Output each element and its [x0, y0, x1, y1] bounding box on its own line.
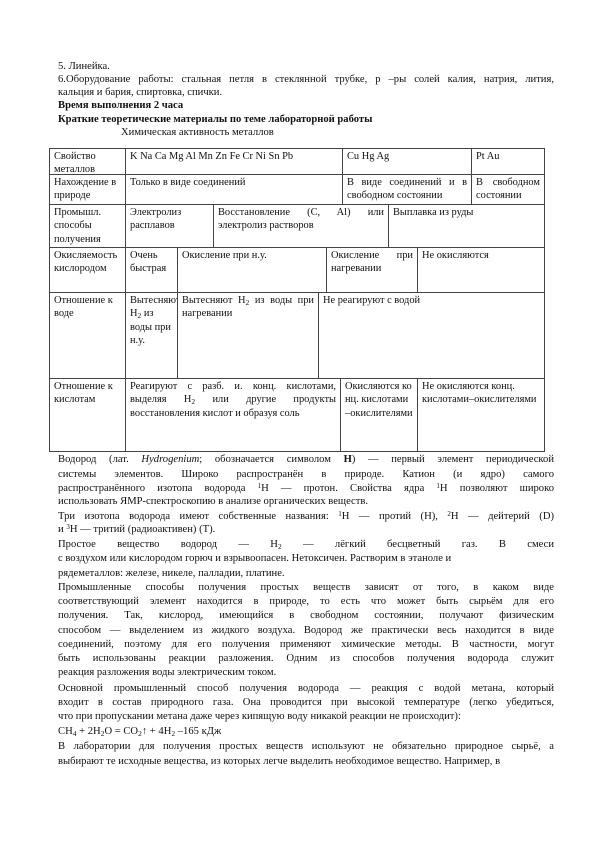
- text: — лёгкий бесцветный газ. В смеси: [282, 539, 554, 550]
- time-heading: Время выполнения 2 часа: [58, 99, 554, 112]
- text: H позволяют широко: [440, 483, 554, 494]
- paragraph-line: способом — выделением из жидкого воздуха…: [58, 624, 554, 637]
- table-caption: Химическая активность металлов: [121, 126, 421, 139]
- latin-name: Hydrogenium: [141, 454, 199, 465]
- table-cell: Промышл. способы получения: [49, 204, 126, 248]
- text: –165 кДж: [175, 726, 221, 737]
- text: Простое вещество водород — H: [58, 539, 278, 550]
- table-cell: Выплавка из руды: [388, 204, 545, 248]
- table-cell: K Na Ca Mg Al Mn Zn Fe Cr Ni Sn Pb: [125, 148, 343, 175]
- methane-equation: CH4 + 2H2O = CO2↑ + 4H2 –165 кДж: [58, 725, 554, 738]
- text: H — дейтерий (D): [451, 511, 554, 522]
- text: CH: [58, 726, 73, 737]
- simple-substance-line: рядеметаллов: железе, никеле, палладии, …: [58, 567, 554, 580]
- paragraph-line: выбирают те исходные вещества, из которы…: [58, 755, 554, 768]
- table-cell: Pt Au: [471, 148, 545, 175]
- text: H — протий (H),: [342, 511, 448, 522]
- table-cell: Очень быстрая: [125, 247, 178, 293]
- paragraph-line: получения. Так, кислород, имеющийся в св…: [58, 609, 554, 622]
- isotopes-paragraph: Три изотопа водорода имеют собственные н…: [58, 510, 554, 523]
- table-cell: В свободном состоянии: [471, 174, 545, 205]
- paragraph-line: соединений, поэтому для его получения пр…: [58, 638, 554, 651]
- table-cell: Электролиз расплавов: [125, 204, 214, 248]
- text: O = CO: [104, 726, 138, 737]
- hydrogen-paragraph-line: системы элементов. Широко распространён …: [58, 468, 554, 481]
- hydrogen-paragraph: Водород (лат. Hydrogenium; обозначается …: [58, 453, 554, 466]
- table-cell: В виде соединений и в свободном состояни…: [342, 174, 472, 205]
- table-cell: Отношение к воде: [49, 292, 126, 379]
- theory-heading: Краткие теоретические материалы по теме …: [58, 113, 554, 126]
- text: ) — первый элемент периодической: [352, 454, 554, 465]
- hydrogen-paragraph-line: распространённого изотопа водорода 1H — …: [58, 482, 554, 495]
- table-cell: Не окисляются: [417, 247, 545, 293]
- metals-activity-table: Свойство металлов K Na Ca Mg Al Mn Zn Fe…: [49, 148, 545, 452]
- table-cell: Вытесняют H2 из воды при н.у.: [125, 292, 178, 379]
- symbol: H: [344, 454, 352, 465]
- paragraph-line: входит в состав природного газа. Она про…: [58, 696, 554, 709]
- table-cell: Нахождение в природе: [49, 174, 126, 205]
- paragraph-line: реакция разложения воды электрическим то…: [58, 666, 554, 679]
- paragraph-line: быть использованы реакции разложения. Од…: [58, 652, 554, 665]
- paragraph-line: В лаборатории для получения простых веще…: [58, 740, 554, 753]
- simple-substance-paragraph: Простое вещество водород — H2 — лёгкий б…: [58, 538, 554, 551]
- simple-substance-line: с воздухом или кислородом горюч и взрыво…: [58, 552, 554, 565]
- text: ↑ + 4H: [142, 726, 172, 737]
- table-cell: Окисление при н.у.: [177, 247, 327, 293]
- table-cell: Только в виде соединений: [125, 174, 343, 205]
- table-cell: Окисление при нагревании: [326, 247, 418, 293]
- table-cell: Не реагируют с водой: [318, 292, 545, 379]
- hydrogen-paragraph-line: использовать ЯМР-спектроскопию в анализе…: [58, 495, 554, 508]
- table-cell: Окисляются конц. кислотами–окислителями: [340, 378, 418, 452]
- text: Водород (лат.: [58, 454, 141, 465]
- paragraph-line: соответствующий элемент находится в прир…: [58, 595, 554, 608]
- table-cell: Свойство металлов: [49, 148, 126, 175]
- table-cell: Вытесняют H2 из воды при нагревании: [177, 292, 319, 379]
- cell-text: Вытесняют H: [182, 295, 246, 306]
- text: Три изотопа водорода имеют собственные н…: [58, 511, 338, 522]
- list-item-ruler: 5. Линейка.: [58, 60, 554, 73]
- table-cell: Отношение к кислотам: [49, 378, 126, 452]
- table-cell: Реагируют с разб. и. конц. кислотами, вы…: [125, 378, 341, 452]
- isotopes-paragraph-line: и 3H — тритий (радиоактивен) (T).: [58, 523, 554, 536]
- paragraph-line: Основной промышленный способ получения в…: [58, 682, 554, 695]
- paragraph-line: Промышленные способы получения простых в…: [58, 581, 554, 594]
- table-cell: Cu Hg Ag: [342, 148, 472, 175]
- text: H — протон. Свойства ядра: [261, 483, 436, 494]
- equipment-line-cont: кальция и бария, спиртовка, спички.: [58, 86, 554, 99]
- table-cell: Восстановление (C, Al) или электролиз ра…: [213, 204, 389, 248]
- paragraph-line: что при пропускании метана даже через ки…: [58, 710, 554, 723]
- table-cell: Окисляемость кислородом: [49, 247, 126, 293]
- text: + 2H: [76, 726, 100, 737]
- table-cell: Не окисляются конц. кислотами–окислителя…: [417, 378, 545, 452]
- text: H — тритий (радиоактивен) (T).: [70, 524, 215, 535]
- equipment-line: 6.Оборудование работы: стальная петля в …: [58, 73, 554, 86]
- text: распространённого изотопа водорода: [58, 483, 258, 494]
- text: ; обозначается символом: [199, 454, 343, 465]
